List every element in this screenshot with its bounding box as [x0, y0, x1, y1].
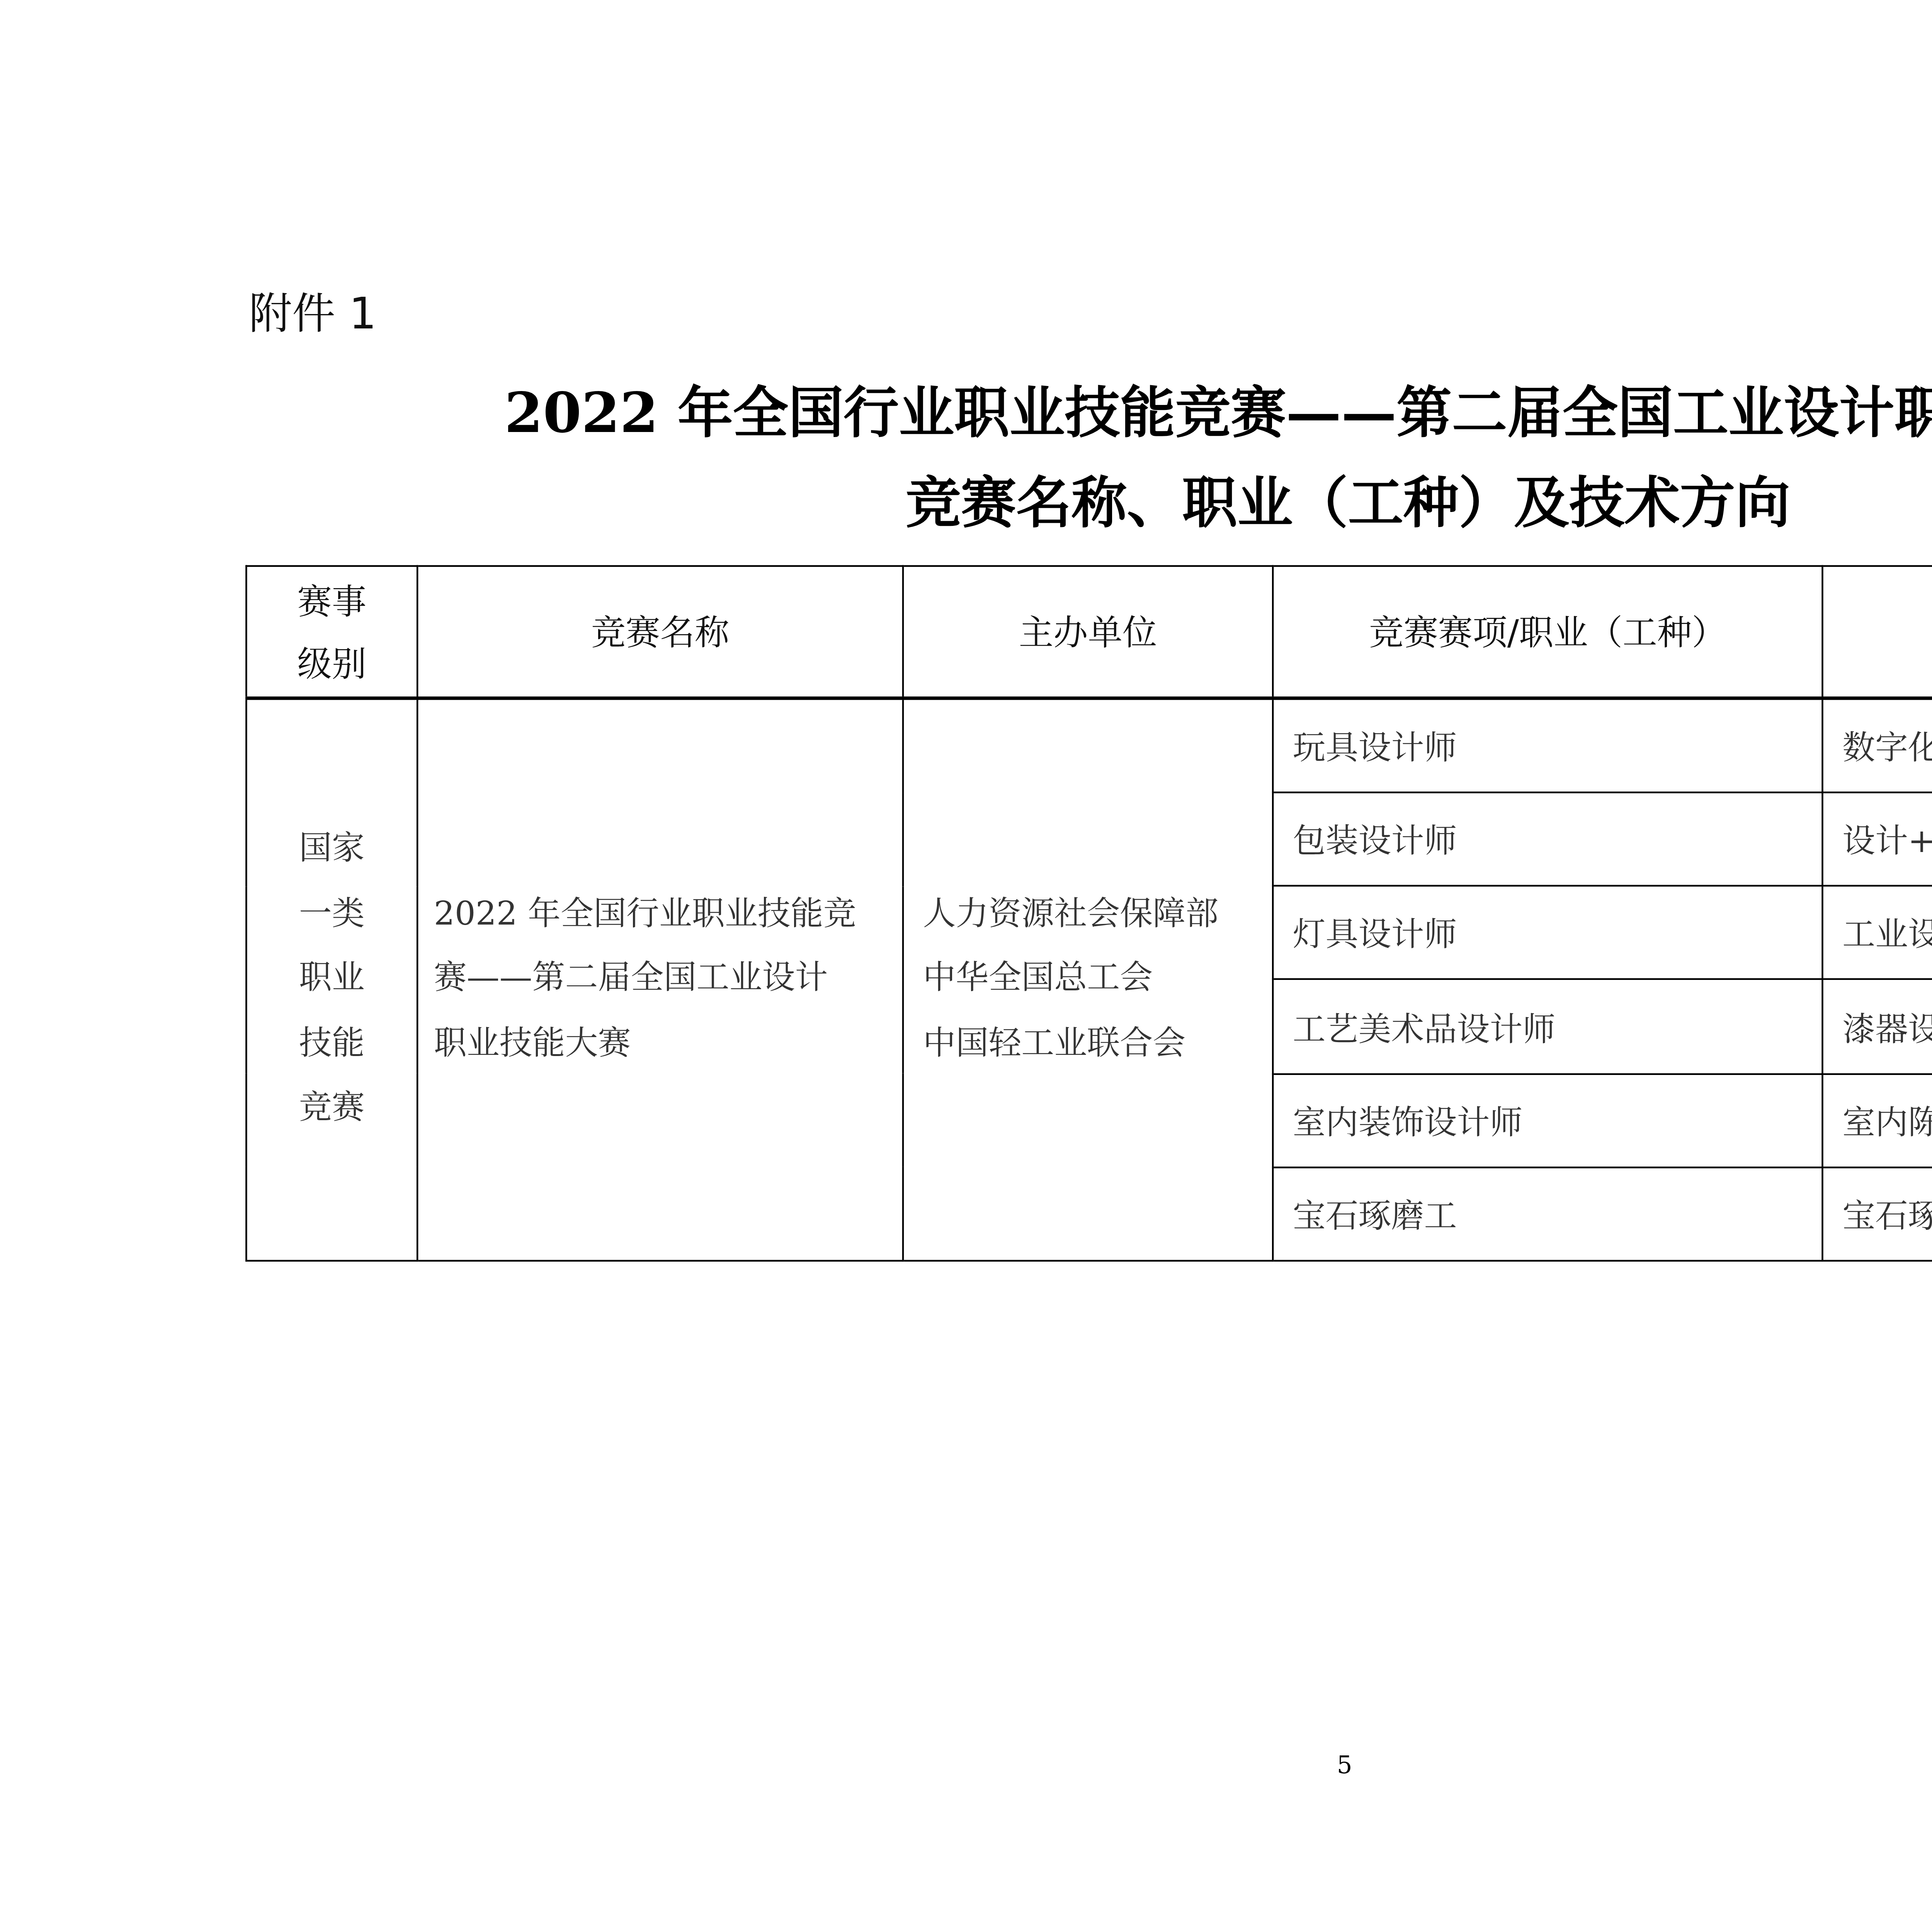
title-line-2: 竞赛名称、职业（工种）及技术方向 [0, 460, 1932, 539]
header-organizer: 主办单位 [903, 566, 1273, 698]
level-line: 国家 [247, 818, 417, 883]
level-line: 职业 [247, 947, 417, 1012]
header-occupation: 竞赛赛项/职业（工种） [1273, 566, 1822, 698]
attachment-label: 附件 1 [249, 280, 376, 342]
occupation-cell: 室内装饰设计师 [1273, 1073, 1822, 1167]
organizer-line: 人力资源社会保障部 [923, 883, 1272, 947]
organizer-cell: 人力资源社会保障部 中华全国总工会 中国轻工业联合会 [903, 698, 1273, 1261]
organizer-line: 中华全国总工会 [923, 947, 1272, 1012]
level-cell: 国家 一类 职业 技能 竞赛 [246, 698, 417, 1261]
document-page: 附件 1 2022 年全国行业职业技能竞赛——第二届全国工业设计职业技能大赛 竞… [0, 0, 1932, 1915]
header-level: 赛事 级别 [246, 566, 417, 698]
tech-direction-cell: 宝石琢型设计与加工 [1822, 1167, 1932, 1261]
competition-name-line: 2022 年全国行业职业技能竞 [434, 883, 888, 947]
organizer-line: 中国轻工业联合会 [923, 1012, 1272, 1077]
tech-direction-cell: 漆器设计与制作 [1822, 980, 1932, 1073]
occupation-cell: 玩具设计师 [1273, 698, 1822, 793]
header-tech-direction: 技术方向 [1822, 566, 1932, 698]
occupation-cell: 包装设计师 [1273, 793, 1822, 886]
occupation-cell: 宝石琢磨工 [1273, 1167, 1822, 1261]
header-competition-name: 竞赛名称 [417, 566, 903, 698]
page-number: 5 [0, 1752, 1932, 1780]
title-line-1: 2022 年全国行业职业技能竞赛——第二届全国工业设计职业技能大赛 [10, 370, 1932, 449]
tech-direction-cell: 工业设计 [1822, 886, 1932, 980]
level-line: 一类 [247, 883, 417, 947]
occupation-cell: 灯具设计师 [1273, 886, 1822, 980]
tech-direction-cell: 设计+工程 [1822, 793, 1932, 886]
tech-direction-cell: 数字化设计与制造 [1822, 698, 1932, 793]
table-header-row: 赛事 级别 竞赛名称 主办单位 竞赛赛项/职业（工种） 技术方向 决赛 时间 [246, 566, 1932, 698]
competition-table: 赛事 级别 竞赛名称 主办单位 竞赛赛项/职业（工种） 技术方向 决赛 时间 国… [245, 565, 1932, 1262]
competition-name-line: 职业技能大赛 [434, 1012, 888, 1077]
table-row: 国家 一类 职业 技能 竞赛 2022 年全国行业职业技能竞 赛——第二届全国工… [246, 698, 1932, 793]
occupation-cell: 工艺美术品设计师 [1273, 980, 1822, 1073]
header-level-line: 级别 [247, 632, 417, 694]
header-level-line: 赛事 [247, 570, 417, 632]
level-line: 技能 [247, 1012, 417, 1077]
level-line: 竞赛 [247, 1077, 417, 1142]
tech-direction-cell: 室内陈设与空间设计 [1822, 1073, 1932, 1167]
competition-name-line: 赛——第二届全国工业设计 [434, 947, 888, 1012]
competition-name-cell: 2022 年全国行业职业技能竞 赛——第二届全国工业设计 职业技能大赛 [417, 698, 903, 1261]
